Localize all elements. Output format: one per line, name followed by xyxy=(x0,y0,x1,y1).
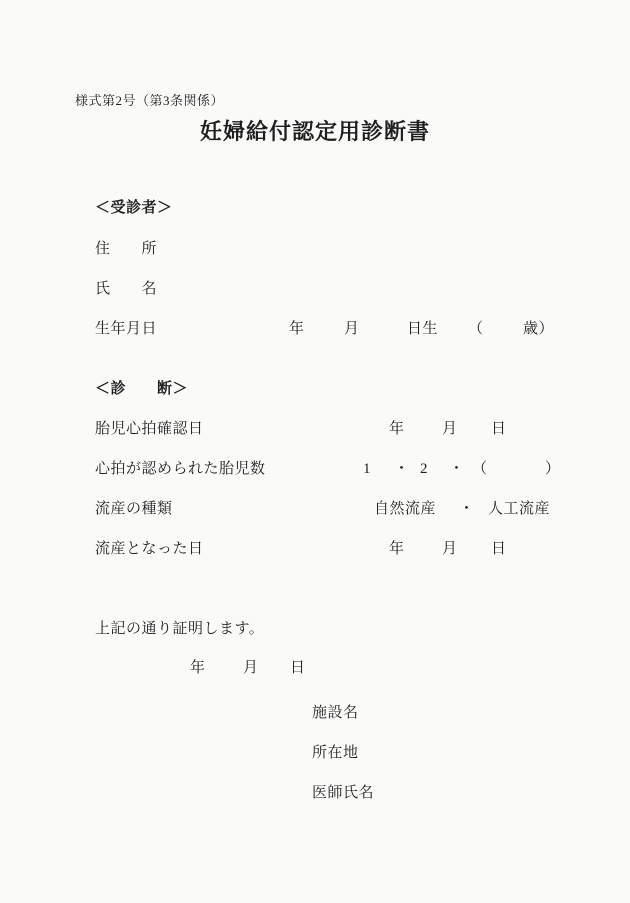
heartbeat-year-unit: 年 xyxy=(389,421,405,438)
birthdate-label: 生年月日 xyxy=(95,321,157,338)
fetus-count-separator-dot: ・ xyxy=(449,461,465,478)
diagnosis-section-heading: ＜診 断＞ xyxy=(95,381,188,398)
heartbeat-month-unit: 月 xyxy=(442,421,458,438)
examinee-section-heading: ＜受診者＞ xyxy=(95,200,173,217)
fetus-count-paren-close: ） xyxy=(545,461,561,478)
fetus-count-separator-dot: ・ xyxy=(394,461,410,478)
facility-location-label: 所在地 xyxy=(312,745,359,762)
miscarriage-type-artificial: 人工流産 xyxy=(488,501,550,518)
certification-month-unit: 月 xyxy=(243,660,259,677)
facility-name-label: 施設名 xyxy=(312,705,359,722)
document-title: 妊婦給付認定用診断書 xyxy=(0,119,630,144)
fetus-count-option-1: 1 xyxy=(363,461,371,478)
miscarriage-type-label: 流産の種類 xyxy=(95,501,173,518)
certification-statement: 上記の通り証明します。 xyxy=(95,621,264,638)
fetus-count-option-2: 2 xyxy=(420,461,428,478)
age-unit-close: 歳） xyxy=(523,321,554,338)
fetus-count-label: 心拍が認められた胎児数 xyxy=(95,461,266,478)
miscarriage-year-unit: 年 xyxy=(389,541,405,558)
age-paren-open: （ xyxy=(468,321,484,338)
miscarriage-type-natural: 自然流産 xyxy=(374,501,436,518)
address-label: 住 所 xyxy=(95,241,157,258)
doctor-name-label: 医師氏名 xyxy=(312,785,374,802)
miscarriage-date-label: 流産となった日 xyxy=(95,541,204,558)
medical-certificate-document: 様式第2号（第3条関係） 妊婦給付認定用診断書 ＜受診者＞ 住 所 氏 名 生年… xyxy=(0,0,630,903)
miscarriage-type-separator-dot: ・ xyxy=(459,501,475,518)
certification-day-unit: 日 xyxy=(290,660,306,677)
birthdate-month-unit: 月 xyxy=(344,321,360,338)
certification-year-unit: 年 xyxy=(190,660,206,677)
form-number: 様式第2号（第3条関係） xyxy=(75,94,224,109)
heartbeat-date-label: 胎児心拍確認日 xyxy=(95,421,204,438)
birthdate-year-unit: 年 xyxy=(289,321,305,338)
miscarriage-day-unit: 日 xyxy=(491,541,507,558)
name-label: 氏 名 xyxy=(95,281,157,298)
birthdate-day-unit: 日生 xyxy=(407,321,438,338)
fetus-count-paren-open: （ xyxy=(472,461,488,478)
miscarriage-month-unit: 月 xyxy=(442,541,458,558)
heartbeat-day-unit: 日 xyxy=(491,421,507,438)
